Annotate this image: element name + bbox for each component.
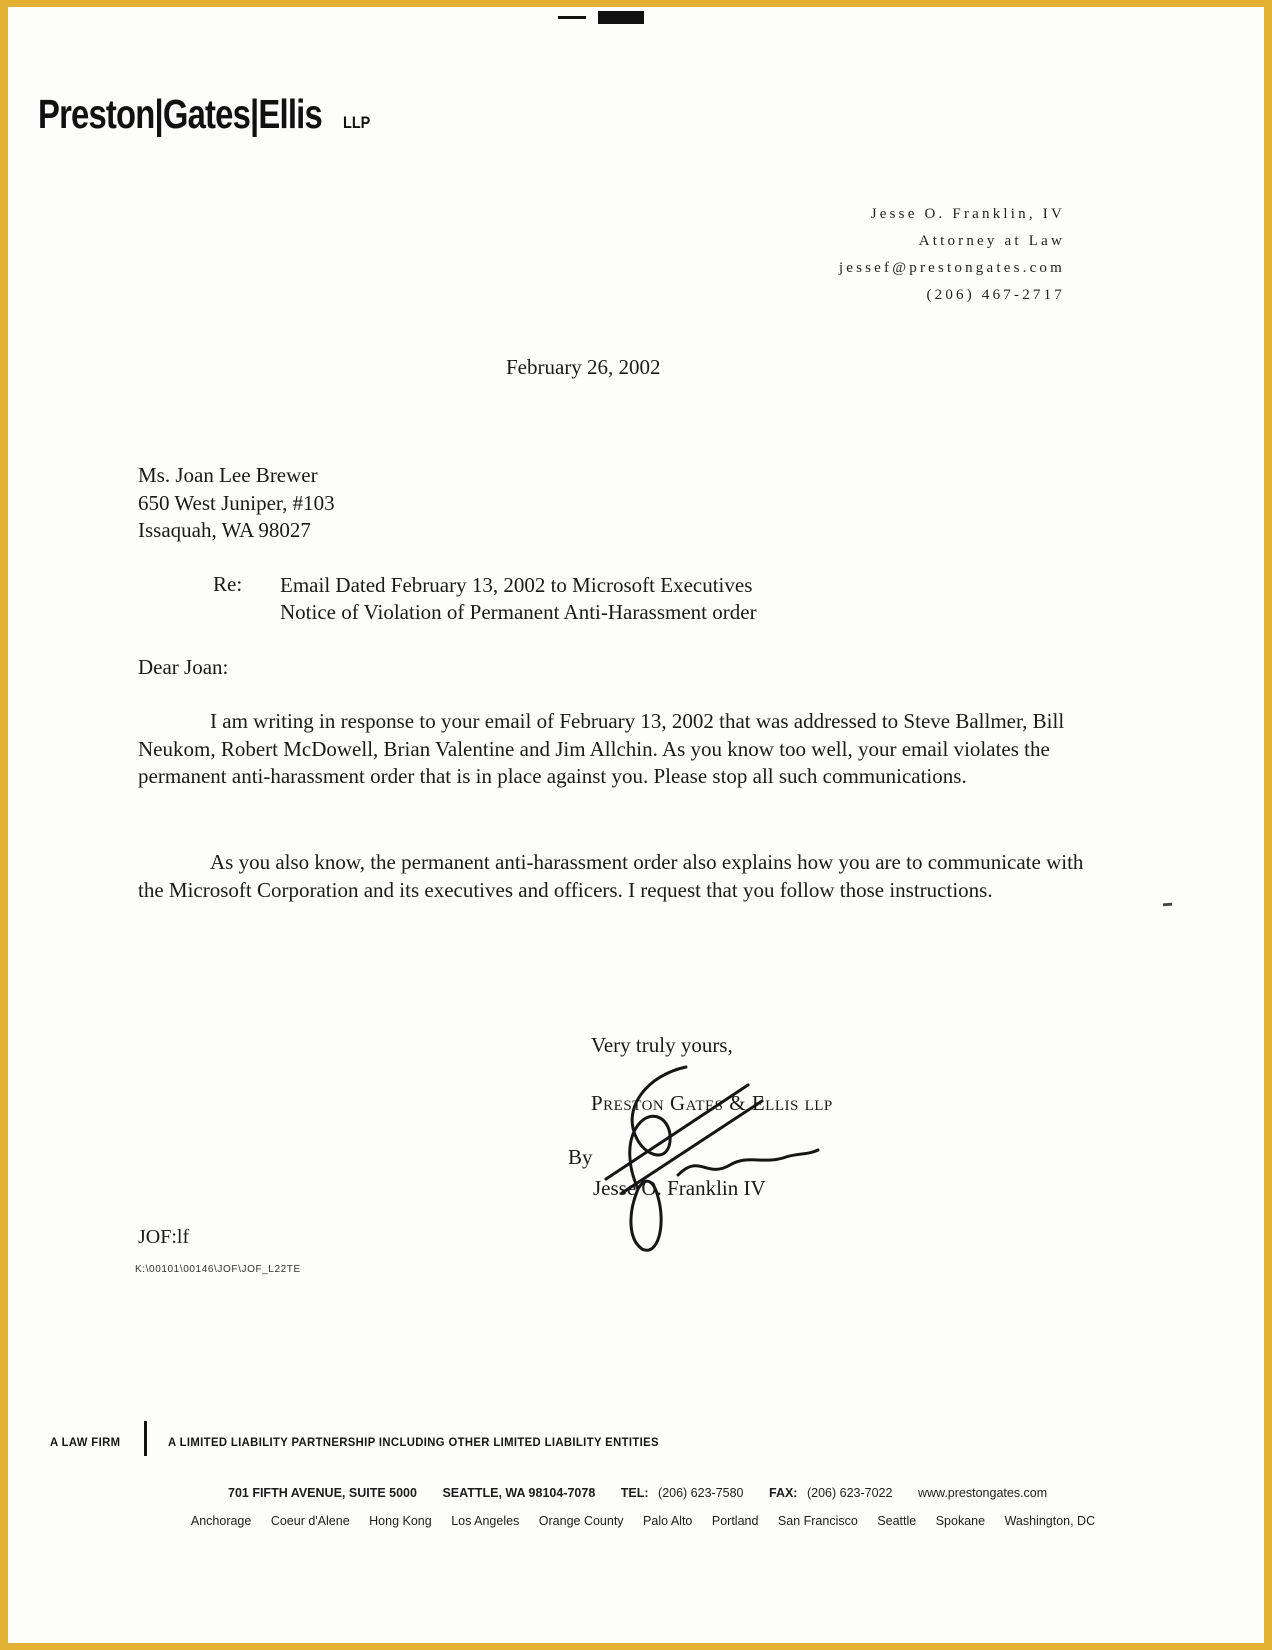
attorney-name: Jesse O. Franklin, IV bbox=[839, 201, 1065, 228]
attorney-phone: (206) 467-2717 bbox=[839, 282, 1065, 309]
reference-initials: JOF:lf bbox=[138, 1226, 189, 1249]
signer-name: Jesse O. Franklin IV bbox=[593, 1176, 766, 1201]
footer-office-cities: Anchorage Coeur d'Alene Hong Kong Los An… bbox=[98, 1514, 1188, 1528]
body-paragraph-1: I am writing in response to your email o… bbox=[138, 708, 1086, 791]
office-city: Portland bbox=[712, 1514, 759, 1528]
footer-city: SEATTLE, WA 98104-7078 bbox=[442, 1486, 595, 1500]
partnership-note: A LIMITED LIABILITY PARTNERSHIP INCLUDIN… bbox=[168, 1435, 659, 1449]
scan-artifact-top-left bbox=[558, 16, 586, 19]
re-subject-line-1: Email Dated February 13, 2002 to Microso… bbox=[280, 572, 757, 599]
re-subject-block: Email Dated February 13, 2002 to Microso… bbox=[280, 572, 757, 625]
office-city: Spokane bbox=[936, 1514, 985, 1528]
footer-fax-label: FAX: bbox=[769, 1486, 797, 1500]
office-city: Washington, DC bbox=[1005, 1514, 1096, 1528]
footer-tel-label: TEL: bbox=[621, 1486, 649, 1500]
scan-artifact-top-right bbox=[598, 11, 644, 24]
office-city: Anchorage bbox=[191, 1514, 251, 1528]
attorney-email: jessef@prestongates.com bbox=[839, 255, 1065, 282]
recipient-city: Issaquah, WA 98027 bbox=[138, 517, 335, 545]
office-city: Orange County bbox=[539, 1514, 624, 1528]
office-city: Palo Alto bbox=[643, 1514, 692, 1528]
attorney-contact-block: Jesse O. Franklin, IV Attorney at Law je… bbox=[839, 201, 1065, 309]
letter-date: February 26, 2002 bbox=[506, 355, 661, 380]
by-label: By bbox=[568, 1145, 593, 1170]
handwritten-signature bbox=[598, 1057, 848, 1262]
valediction: Very truly yours, bbox=[591, 1033, 733, 1058]
attorney-title: Attorney at Law bbox=[839, 228, 1065, 255]
office-city: Los Angeles bbox=[451, 1514, 519, 1528]
letterhead: Preston|Gates|Ellis LLP bbox=[38, 91, 375, 138]
salutation: Dear Joan: bbox=[138, 655, 228, 680]
firm-logo-suffix: LLP bbox=[343, 113, 370, 133]
re-subject-line-2: Notice of Violation of Permanent Anti-Ha… bbox=[280, 599, 757, 626]
office-city: Seattle bbox=[877, 1514, 916, 1528]
scanned-letter-page: Preston|Gates|Ellis LLP Jesse O. Frankli… bbox=[0, 0, 1272, 1650]
re-label: Re: bbox=[213, 572, 242, 597]
law-firm-label: A LAW FIRM bbox=[50, 1435, 120, 1449]
firm-logo: Preston|Gates|Ellis bbox=[38, 91, 322, 138]
recipient-name: Ms. Joan Lee Brewer bbox=[138, 462, 335, 490]
office-city: Coeur d'Alene bbox=[271, 1514, 350, 1528]
recipient-street: 650 West Juniper, #103 bbox=[138, 490, 335, 518]
scan-artifact-margin-dash bbox=[1163, 903, 1172, 907]
recipient-address-block: Ms. Joan Lee Brewer 650 West Juniper, #1… bbox=[138, 462, 335, 545]
footer-contact-line: 701 FIFTH AVENUE, SUITE 5000 SEATTLE, WA… bbox=[228, 1486, 1053, 1500]
file-reference-path: K:\00101\00146\JOF\JOF_L22TE bbox=[135, 1264, 301, 1275]
body-paragraph-2: As you also know, the permanent anti-har… bbox=[138, 849, 1086, 904]
office-city: San Francisco bbox=[778, 1514, 858, 1528]
footer-website: www.prestongates.com bbox=[918, 1486, 1047, 1500]
office-city: Hong Kong bbox=[369, 1514, 432, 1528]
footer-fax-number: (206) 623-7022 bbox=[807, 1486, 892, 1500]
footer-address: 701 FIFTH AVENUE, SUITE 5000 bbox=[228, 1486, 417, 1500]
footer-tel-number: (206) 623-7580 bbox=[658, 1486, 743, 1500]
footer-divider-bar bbox=[144, 1421, 147, 1456]
